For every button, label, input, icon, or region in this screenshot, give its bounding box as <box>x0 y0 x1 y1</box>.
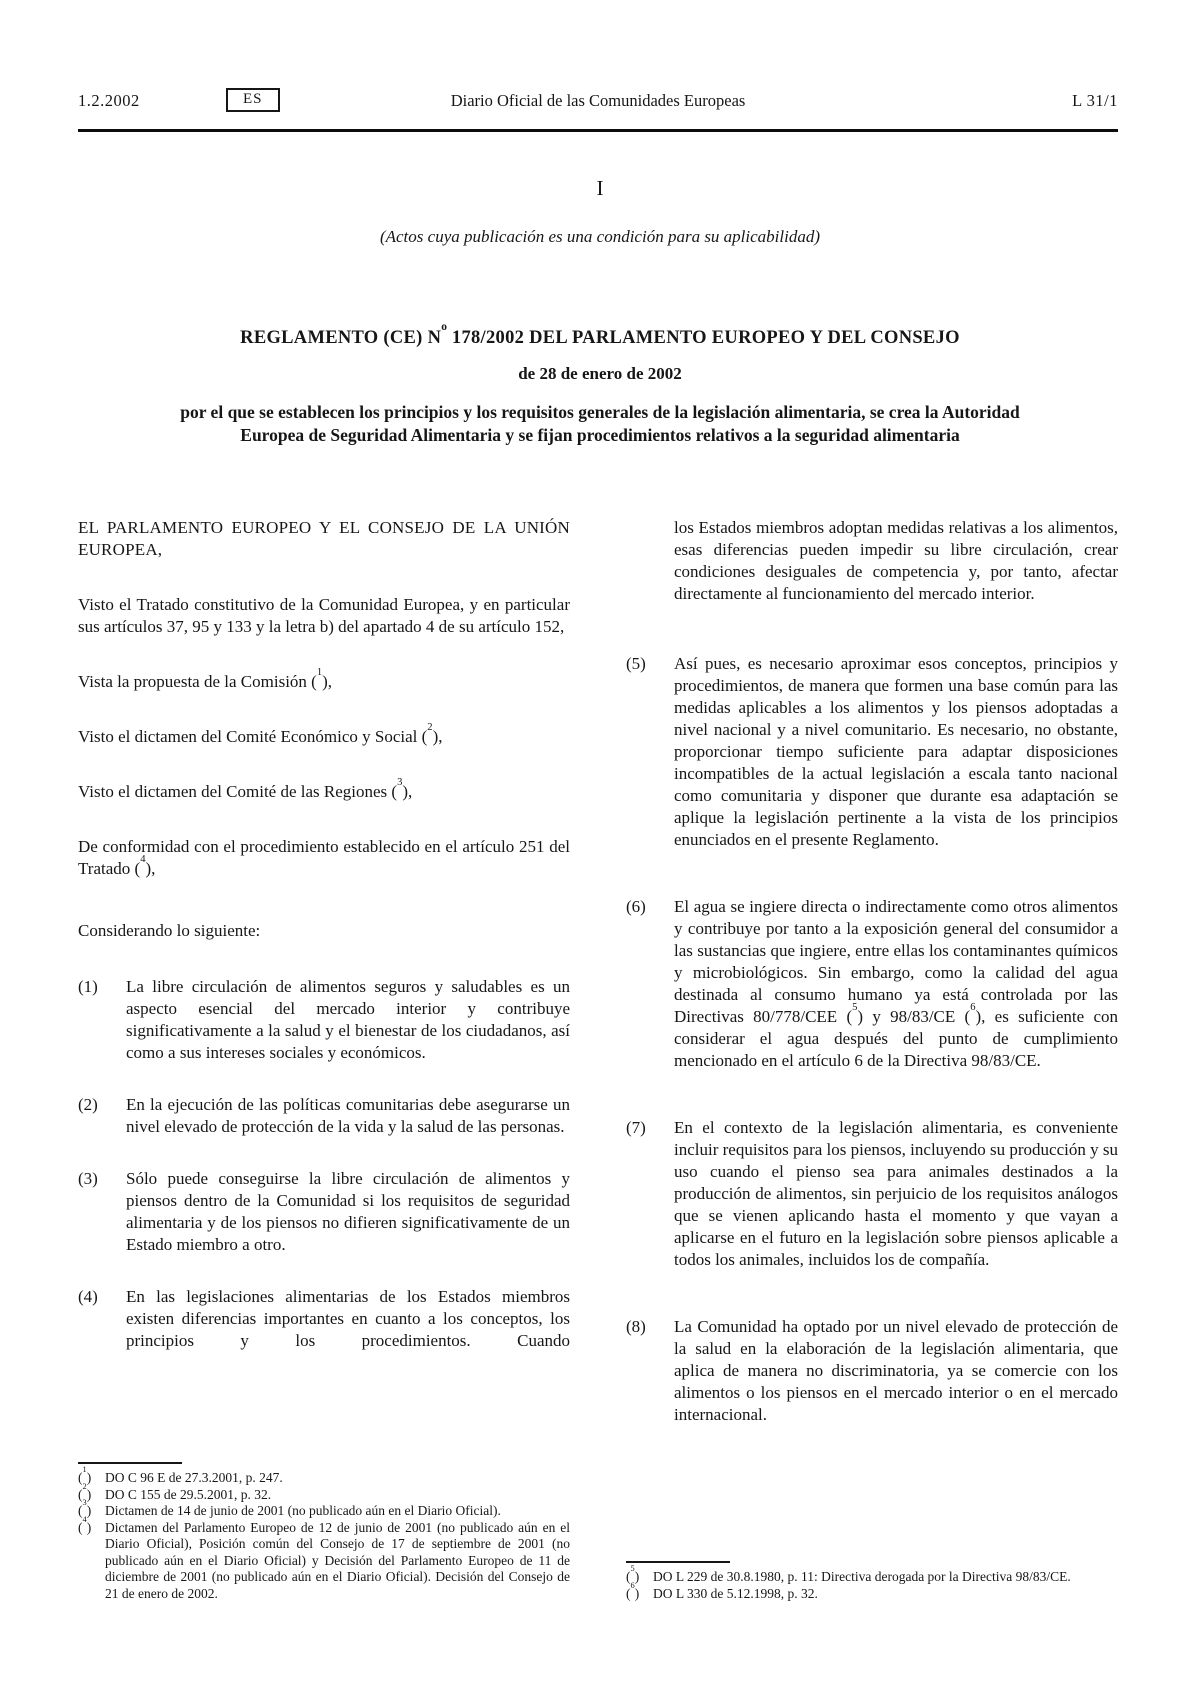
page-header: 1.2.2002 ES Diario Oficial de las Comuni… <box>78 88 1118 116</box>
citation-commission-proposal: Vista la propuesta de la Comisión (1), <box>78 671 570 693</box>
header-date: 1.2.2002 <box>78 91 140 111</box>
recital-2: (2) En la ejecución de las políticas com… <box>78 1094 570 1138</box>
recital-1: (1) La libre circulación de alimentos se… <box>78 976 570 1064</box>
recital-text: Sólo puede conseguirse la libre circulac… <box>126 1168 570 1256</box>
language-code-box: ES <box>226 88 280 112</box>
recital-text: La libre circulación de alimentos seguro… <box>126 976 570 1064</box>
footnote-text: DO L 330 de 5.12.1998, p. 32. <box>653 1586 818 1601</box>
recital-number: (1) <box>78 976 98 998</box>
recital-7: (7) En el contexto de la legislación ali… <box>626 1117 1118 1271</box>
regulation-title: REGLAMENTO (CE) No 178/2002 DEL PARLAMEN… <box>150 328 1050 349</box>
recital-number: (2) <box>78 1094 98 1116</box>
two-column-body: EL PARLAMENTO EUROPEO Y EL CONSEJO DE LA… <box>78 517 1118 1602</box>
footnote-text: DO L 229 de 30.8.1980, p. 11: Directiva … <box>653 1569 1071 1584</box>
footnote-text: DO C 155 de 29.5.2001, p. 32. <box>105 1487 271 1502</box>
recital-number: (3) <box>78 1168 98 1190</box>
footnote-text: DO C 96 E de 27.3.2001, p. 247. <box>105 1470 283 1485</box>
footnote-separator <box>626 1561 730 1563</box>
recital-text: En la ejecución de las políticas comunit… <box>126 1094 570 1138</box>
section-numeral: I <box>0 176 1200 201</box>
recital-number: (4) <box>78 1286 98 1308</box>
recital-5: (5) Así pues, es necesario aproximar eso… <box>626 653 1118 851</box>
citation-procedure-251: De conformidad con el procedimiento esta… <box>78 836 570 880</box>
right-column: los Estados miembros adoptan medidas rel… <box>626 517 1118 1602</box>
recital-text: El agua se ingiere directa o indirectame… <box>674 896 1118 1072</box>
left-footnotes: (1) DO C 96 E de 27.3.2001, p. 247. (2) … <box>78 1462 570 1602</box>
considering-label: Considerando lo siguiente: <box>78 920 570 942</box>
recital-8: (8) La Comunidad ha optado por un nivel … <box>626 1316 1118 1426</box>
regulation-date: de 28 de enero de 2002 <box>150 364 1050 384</box>
header-rule <box>78 129 1118 132</box>
citation-economic-social-committee: Visto el dictamen del Comité Económico y… <box>78 726 570 748</box>
right-footnotes: (5) DO L 229 de 30.8.1980, p. 11: Direct… <box>626 1561 1118 1602</box>
enacting-authority: EL PARLAMENTO EUROPEO Y EL CONSEJO DE LA… <box>78 517 570 561</box>
recital-number: (6) <box>626 896 646 918</box>
recital-4: (4) En las legislaciones alimentarias de… <box>78 1286 570 1352</box>
recital-3: (3) Sólo puede conseguirse la libre circ… <box>78 1168 570 1256</box>
footnote-text: Dictamen de 14 de junio de 2001 (no publ… <box>105 1503 501 1518</box>
citation-treaty: Visto el Tratado constitutivo de la Comu… <box>78 594 570 638</box>
journal-title: Diario Oficial de las Comunidades Europe… <box>451 91 746 111</box>
recital-number: (7) <box>626 1117 646 1139</box>
footnote-6: (6) DO L 330 de 5.12.1998, p. 32. <box>626 1586 1118 1603</box>
section-note: (Actos cuya publicación es una condición… <box>0 227 1200 247</box>
act-title-block: REGLAMENTO (CE) No 178/2002 DEL PARLAMEN… <box>150 328 1050 447</box>
recital-text: En el contexto de la legislación aliment… <box>674 1117 1118 1271</box>
regulation-subject: por el que se establecen los principios … <box>150 401 1050 447</box>
recital-6: (6) El agua se ingiere directa o indirec… <box>626 896 1118 1072</box>
left-column: EL PARLAMENTO EUROPEO Y EL CONSEJO DE LA… <box>78 517 570 1602</box>
footnote-separator <box>78 1462 182 1464</box>
footnote-4: (4) Dictamen del Parlamento Europeo de 1… <box>78 1520 570 1603</box>
recital-text: En las legislaciones alimentarias de los… <box>126 1286 570 1352</box>
official-journal-page: 1.2.2002 ES Diario Oficial de las Comuni… <box>0 0 1200 1698</box>
footnote-3: (3) Dictamen de 14 de junio de 2001 (no … <box>78 1503 570 1520</box>
recital-text: Así pues, es necesario aproximar esos co… <box>674 653 1118 851</box>
footnote-1: (1) DO C 96 E de 27.3.2001, p. 247. <box>78 1470 570 1487</box>
recital-text: La Comunidad ha optado por un nivel elev… <box>674 1316 1118 1426</box>
footnote-text: Dictamen del Parlamento Europeo de 12 de… <box>105 1520 570 1601</box>
citation-committee-of-regions: Visto el dictamen del Comité de las Regi… <box>78 781 570 803</box>
footnote-5: (5) DO L 229 de 30.8.1980, p. 11: Direct… <box>626 1569 1118 1586</box>
page-reference: L 31/1 <box>1072 91 1118 111</box>
footnote-marker: (4) <box>78 1520 91 1537</box>
footnote-marker: (6) <box>626 1586 639 1603</box>
recital-number: (8) <box>626 1316 646 1338</box>
recital-4-continuation: los Estados miembros adoptan medidas rel… <box>626 517 1118 605</box>
footnote-2: (2) DO C 155 de 29.5.2001, p. 32. <box>78 1487 570 1504</box>
recital-number: (5) <box>626 653 646 675</box>
